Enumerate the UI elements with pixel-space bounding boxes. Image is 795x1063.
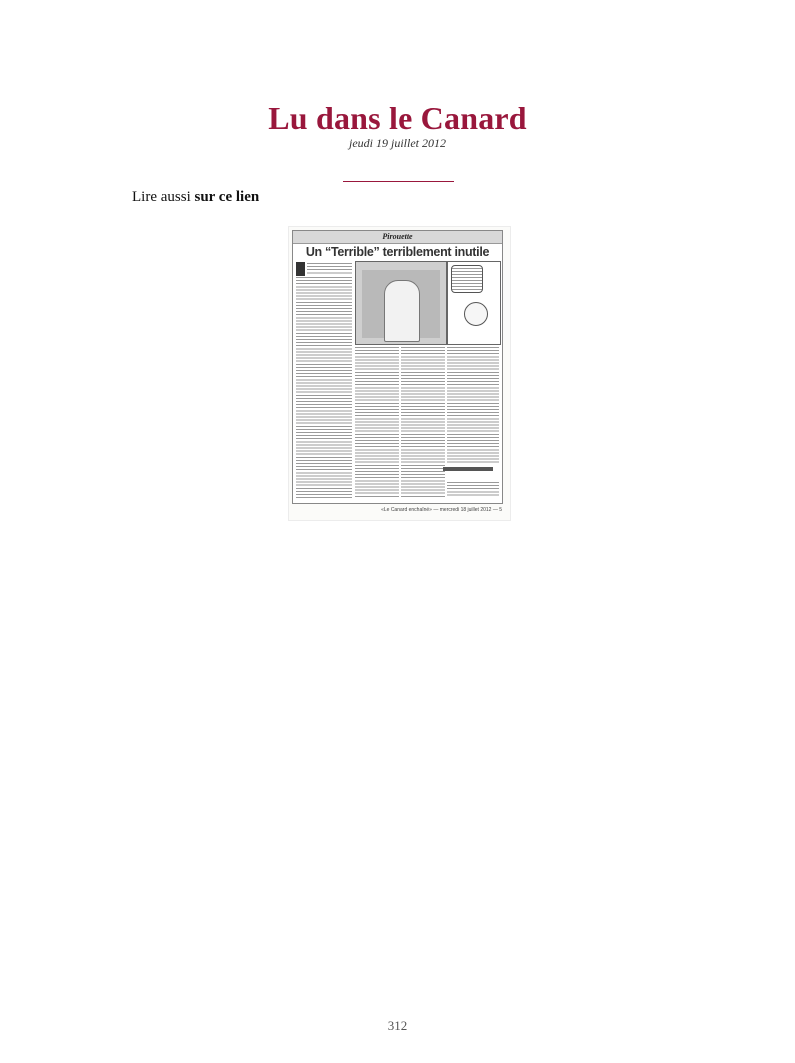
clipping-headline: Un “Terrible” terriblement inutile [295, 245, 500, 259]
read-also-prefix: Lire aussi [132, 189, 194, 205]
speech-bubble [451, 265, 483, 293]
clipping-section-banner: Pirouette [293, 231, 502, 244]
page-number: 312 [0, 1018, 795, 1034]
clipping-author [443, 467, 493, 471]
page-title: Lu dans le Canard [0, 100, 795, 137]
clipping-cartoon-speaker [447, 261, 501, 345]
newspaper-clipping-image: Pirouette Un “Terrible” terriblement inu… [288, 226, 511, 521]
clipping-cartoon-illustration [355, 261, 447, 345]
clipping-text-column [355, 346, 399, 499]
clipping-frame: Pirouette Un “Terrible” terriblement inu… [292, 230, 503, 504]
page-date: jeudi 19 juillet 2012 [0, 136, 795, 151]
cartoon-figure [384, 280, 420, 342]
clipping-text-column [296, 276, 352, 499]
clipping-dropcap [296, 262, 305, 276]
clipping-text-column [307, 262, 352, 274]
clipping-text-column [447, 346, 499, 464]
read-also-line: Lire aussi sur ce lien [132, 189, 259, 206]
title-divider [343, 181, 454, 182]
clipping-footer: «Le Canard enchaîné» — mercredi 18 juill… [381, 507, 502, 513]
clipping-footnote [447, 481, 499, 497]
read-also-link[interactable]: sur ce lien [194, 189, 259, 205]
cartoon-face [464, 302, 488, 326]
clipping-text-column [401, 346, 445, 499]
